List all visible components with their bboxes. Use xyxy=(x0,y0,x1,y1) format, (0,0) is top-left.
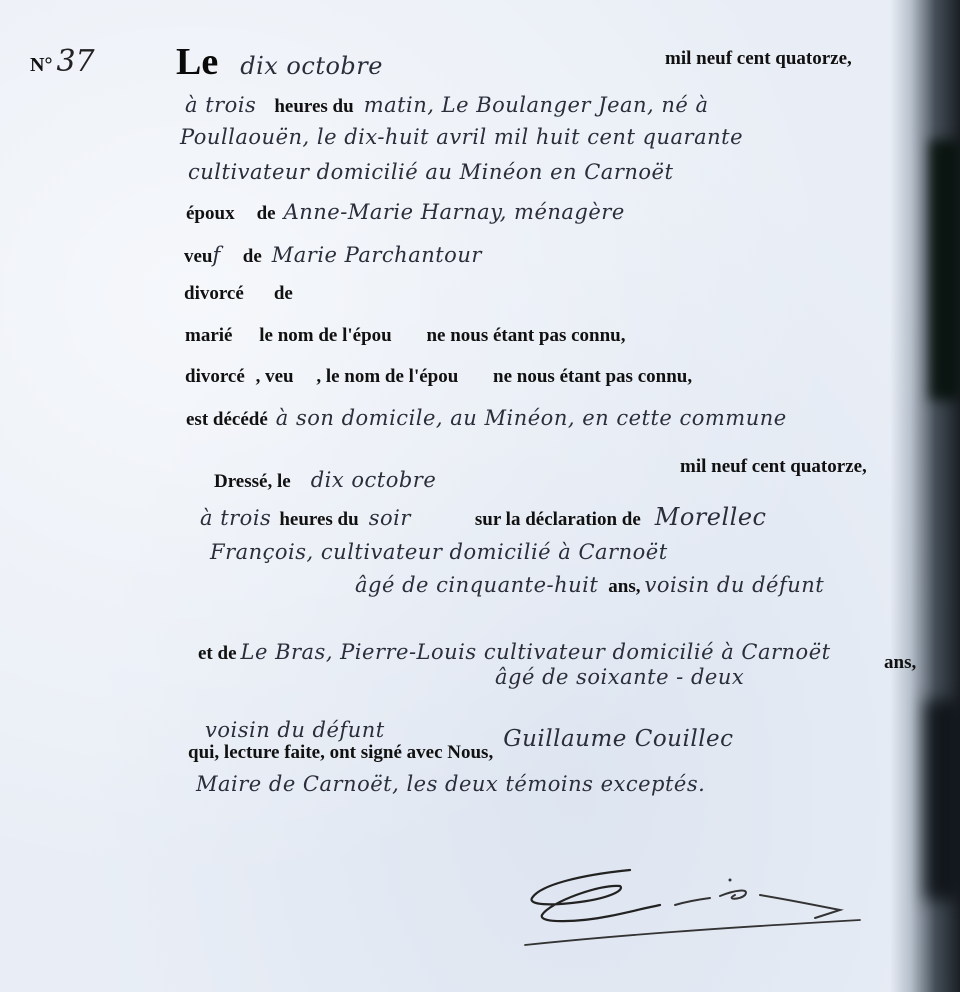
printed-et-de: et de xyxy=(198,643,237,664)
printed-year: mil neuf cent quatorze, xyxy=(680,456,867,478)
handwritten-spouse: Anne-Marie Harnay, ménagère xyxy=(284,200,625,224)
printed-le: Le xyxy=(176,41,218,83)
printed-divorce: divorcé xyxy=(184,283,244,304)
civil-death-record-page: N° 37 Le dix octobre mil neuf cent quato… xyxy=(0,0,960,992)
printed-divorce: divorcé xyxy=(185,366,245,387)
handwritten-soir: soir xyxy=(369,506,411,530)
handwritten-deceased-name: matin, Le Boulanger Jean, né à xyxy=(364,93,709,117)
printed-de: de xyxy=(257,203,276,224)
record-number-value: 37 xyxy=(56,44,94,79)
printed-marie: marié xyxy=(185,325,232,346)
printed-dresse: Dressé, le xyxy=(214,471,291,492)
handwritten-relation: voisin du défunt xyxy=(645,573,825,597)
line-second-witness: et de Le Bras, Pierre-Louis cultivateur … xyxy=(198,640,831,665)
line-married: marié le nom de l'épou ne nous étant pas… xyxy=(185,325,626,347)
record-number-label: N° xyxy=(30,54,52,76)
printed-veu: , veu xyxy=(256,366,294,387)
handwritten-age: âgé de soixante - deux xyxy=(495,665,744,689)
signature-scribble-icon xyxy=(520,850,900,960)
printed-epoux: époux xyxy=(186,203,235,224)
printed-heures: heures du xyxy=(274,96,353,117)
printed-pas-connu: ne nous étant pas connu, xyxy=(493,366,692,387)
handwritten-declarant: Morellec xyxy=(655,503,767,531)
printed-ans: ans, xyxy=(884,652,916,674)
printed-nom-epou: le nom de l'épou xyxy=(259,325,391,346)
handwritten-mayor-title: Maire de Carnoët, les deux témoins excep… xyxy=(196,772,705,796)
printed-year: mil neuf cent quatorze, xyxy=(665,48,852,70)
mayor-signature xyxy=(520,850,900,960)
handwritten-date: dix octobre xyxy=(311,468,437,492)
line-signed: qui, lecture faite, ont signé avec Nous,… xyxy=(188,738,734,764)
line-drawn-up: Dressé, le dix octobre xyxy=(214,468,436,493)
printed-pas-connu: ne nous étant pas connu, xyxy=(426,325,625,346)
printed-est-decede: est décédé xyxy=(186,409,268,430)
line-widower: veuf de Marie Parchantour xyxy=(184,243,482,268)
line-deceased: est décédé à son domicile, au Minéon, en… xyxy=(186,406,787,431)
printed-de: de xyxy=(274,283,293,304)
line-divorced-widowed: divorcé , veu , le nom de l'épou ne nous… xyxy=(185,366,692,388)
handwritten-hour: à trois xyxy=(185,93,256,117)
line-spouse: époux de Anne-Marie Harnay, ménagère xyxy=(186,200,625,225)
record-number: N° 37 xyxy=(30,44,95,79)
handwritten-birth: Poullaouën, le dix-huit avril mil huit c… xyxy=(180,125,743,149)
line-date: Le dix octobre xyxy=(176,40,383,84)
binding-dark-patch xyxy=(925,700,960,900)
printed-heures: heures du xyxy=(279,509,358,530)
handwritten-witness: Le Bras, Pierre-Louis cultivateur domici… xyxy=(241,640,831,664)
handwritten-age: âgé de cinquante-huit xyxy=(355,573,598,597)
handwritten-former-spouse: Marie Parchantour xyxy=(272,243,482,267)
printed-signed-with-us: qui, lecture faite, ont signé avec Nous, xyxy=(188,742,493,763)
handwritten-f: f xyxy=(213,243,221,267)
handwritten-occupation: cultivateur domicilié au Minéon en Carno… xyxy=(188,160,673,184)
handwritten-mayor-name: Guillaume Couillec xyxy=(503,726,733,752)
printed-veu: veu xyxy=(184,246,213,267)
line-declaration: à trois heures du soir sur la déclaratio… xyxy=(200,503,766,531)
printed-de: de xyxy=(243,246,262,267)
handwritten-date: dix octobre xyxy=(240,52,383,80)
line-hour: à trois heures du matin, Le Boulanger Je… xyxy=(185,93,709,118)
printed-declaration: sur la déclaration de xyxy=(475,509,641,530)
handwritten-hour: à trois xyxy=(200,506,271,530)
handwritten-declarant-occupation: François, cultivateur domicilié à Carnoë… xyxy=(210,540,668,564)
line-age-1: âgé de cinquante-huit ans, voisin du déf… xyxy=(355,573,824,598)
printed-nom-epou: , le nom de l'épou xyxy=(316,366,458,387)
line-divorced: divorcé de xyxy=(184,283,293,305)
printed-ans: ans, xyxy=(608,576,640,597)
handwritten-place-of-death: à son domicile, au Minéon, en cette comm… xyxy=(276,406,787,430)
binding-dark-patch xyxy=(930,140,960,400)
